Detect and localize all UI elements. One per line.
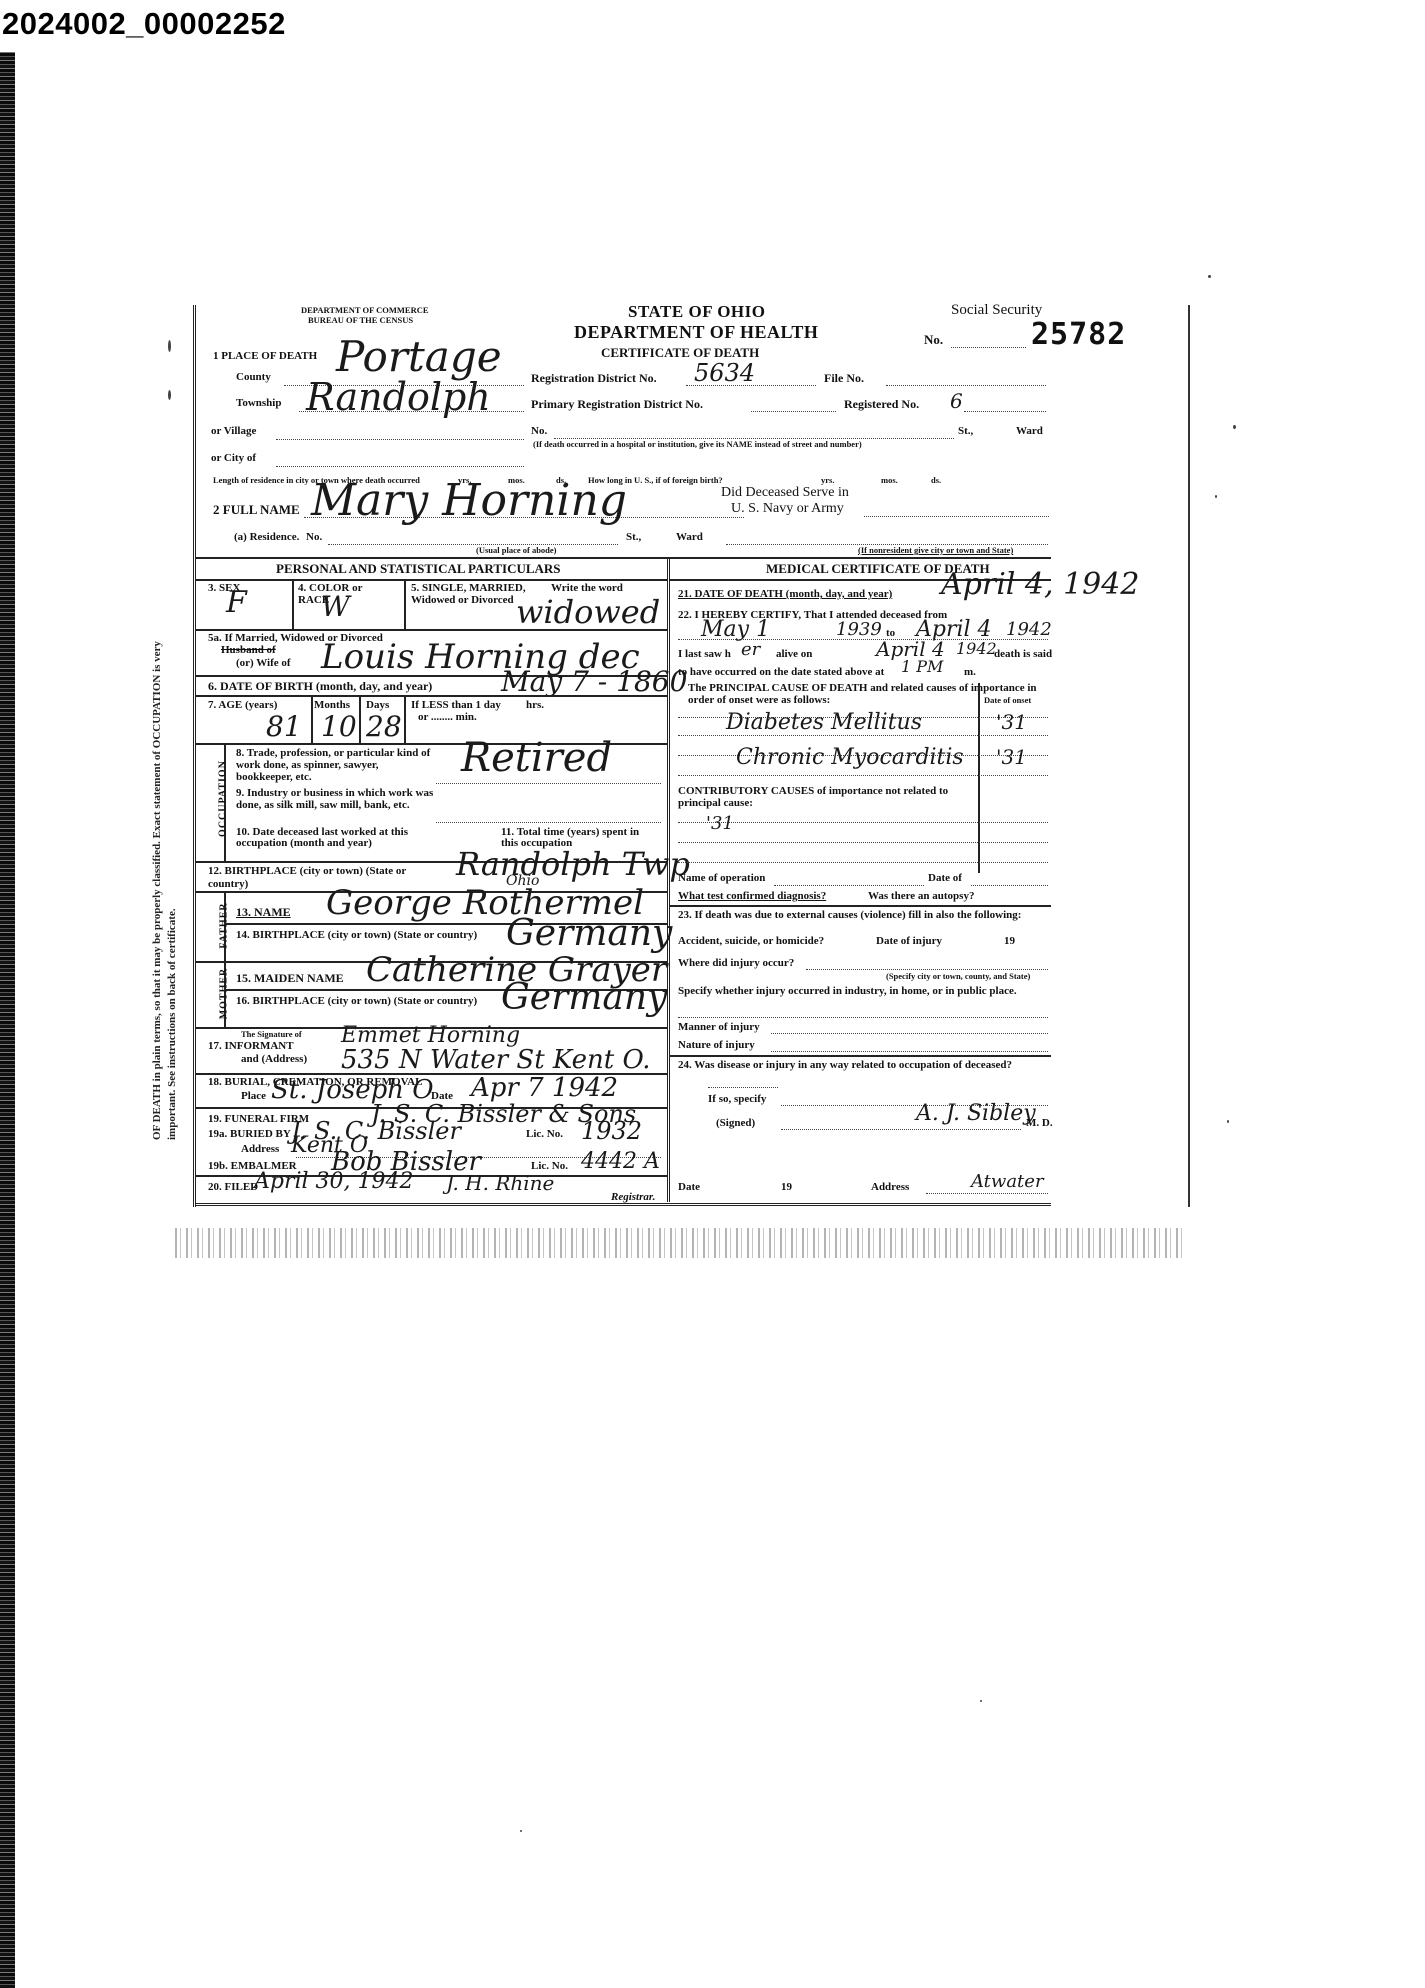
burial-date-value: Apr 7 1942 — [471, 1073, 618, 1103]
accident-label: Accident, suicide, or homicide? — [678, 935, 824, 947]
informant-label-2: 17. INFORMANT — [208, 1040, 294, 1052]
last-saw-label: I last saw h — [678, 648, 731, 660]
buried-lic-value: 1932 — [581, 1117, 642, 1145]
signed-label: (Signed) — [716, 1117, 755, 1129]
registrar-signature: J. H. Rhine — [446, 1171, 554, 1195]
scan-speck — [168, 340, 171, 352]
foreign-mos: mos. — [881, 475, 898, 485]
if-so-label: If so, specify — [708, 1093, 766, 1105]
nature-label: Nature of injury — [678, 1039, 755, 1051]
street-no-label: No. — [531, 425, 547, 437]
scan-speck — [1215, 495, 1217, 498]
residence-st-label: St., — [626, 531, 641, 543]
dob-value: May 7 - 1860 — [501, 665, 687, 698]
place-of-death-label: 1 PLACE OF DEATH — [213, 350, 317, 362]
file-no-label: File No. — [824, 371, 864, 386]
contributory-value: '31 — [706, 813, 734, 834]
mother-birthplace-value: Germany — [501, 977, 667, 1018]
onset-label: Date of onset — [984, 695, 1031, 705]
scan-speck — [1233, 425, 1236, 429]
occupation-related-label: 24. Was disease or injury in any way rel… — [678, 1059, 1012, 1071]
injury-date-label: Date of injury — [876, 935, 942, 947]
personal-section-title: PERSONAL AND STATISTICAL PARTICULARS — [276, 561, 561, 577]
physician-address-value: Atwater — [971, 1171, 1044, 1192]
specify-place-note: (Specify city or town, county, and State… — [886, 971, 1030, 981]
injury-year-label: 19 — [1004, 935, 1015, 947]
cert-no-label: No. — [924, 332, 943, 348]
primary-reg-label: Primary Registration District No. — [531, 397, 703, 412]
county-label: County — [236, 371, 271, 383]
last-saw-her: er — [741, 639, 760, 660]
physician-date-year: 19 — [781, 1181, 792, 1193]
department-title: DEPARTMENT OF HEALTH — [574, 322, 818, 343]
burial-address-label: Address — [241, 1143, 279, 1155]
buried-lic-label: Lic. No. — [526, 1128, 563, 1140]
marital-value: widowed — [516, 593, 660, 631]
certificate-number: 25782 — [1031, 317, 1126, 352]
federal-line-2: BUREAU OF THE CENSUS — [308, 315, 413, 325]
navy-army-label-1: Did Deceased Serve in — [721, 485, 849, 501]
street-ward-label: Ward — [1016, 425, 1043, 437]
father-name-label: 13. NAME — [236, 905, 291, 920]
social-security-label: Social Security — [951, 302, 1042, 319]
hospital-note: (If death occurred in a hospital or inst… — [533, 439, 862, 449]
mother-birthplace-label: 16. BIRTHPLACE (city or town) (State or … — [236, 995, 486, 1008]
township-label: Township — [236, 397, 281, 409]
maiden-name-label: 15. MAIDEN NAME — [236, 971, 344, 986]
color-value: W — [321, 590, 350, 623]
informant-address-value: 535 N Water St Kent O. — [341, 1045, 651, 1075]
md-label: M. D. — [1026, 1117, 1053, 1129]
physician-address-label: Address — [871, 1181, 909, 1193]
margin-line-2: important. See instructions on back of c… — [165, 641, 180, 1140]
time-of-death-value: 1 PM — [901, 657, 943, 676]
document-id: 2024002_00002252 — [2, 6, 286, 42]
federal-line-1: DEPARTMENT OF COMMERCE — [301, 305, 429, 315]
age-years-value: 81 — [266, 710, 302, 743]
operation-date-label: Date of — [928, 872, 962, 884]
village-label: or Village — [211, 425, 256, 437]
date-of-death-label: 21. DATE OF DEATH (month, day, and year) — [678, 588, 892, 600]
industry-label: 9. Industry or business in which work wa… — [236, 787, 436, 811]
physician-signature: A. J. Sibley — [916, 1101, 1036, 1126]
margin-line-1: OF DEATH in plain terms, so that it may … — [150, 641, 165, 1140]
alive-on-year: 1942 — [956, 639, 997, 658]
city-label: or City of — [211, 452, 256, 464]
cause-2-value: Chronic Myocarditis — [736, 745, 964, 770]
residence-no-label: No. — [306, 531, 322, 543]
trade-value: Retired — [461, 735, 612, 781]
alive-on-label: alive on — [776, 648, 812, 660]
foreign-ds: ds. — [931, 475, 941, 485]
registrar-label: Registrar. — [611, 1191, 655, 1203]
mother-section-label: MOTHER — [219, 954, 230, 1034]
sex-value: F — [226, 585, 247, 620]
reg-district-label: Registration District No. — [531, 371, 657, 386]
scan-edge-strip — [0, 52, 15, 1988]
margin-instructions: OF DEATH in plain terms, so that it may … — [150, 641, 180, 1140]
filed-value: April 30, 1942 — [254, 1169, 414, 1194]
industry-note: Specify whether injury occurred in indus… — [678, 985, 1017, 997]
buried-by-label: 19a. BURIED BY — [208, 1128, 291, 1140]
occupation-section-label: OCCUPATION — [218, 754, 229, 844]
informant-label-1: The Signature of — [241, 1029, 302, 1039]
abode-note: (Usual place of abode) — [476, 545, 557, 555]
physician-date-label: Date — [678, 1181, 700, 1193]
state-title: STATE OF OHIO — [628, 302, 766, 322]
birthplace-value: Randolph Twp — [456, 845, 690, 883]
age-days-value: 28 — [366, 710, 402, 743]
burial-place-label: Place — [241, 1090, 266, 1102]
attended-from-year: 1939 — [836, 619, 882, 640]
residence-label: (a) Residence. — [234, 531, 299, 543]
autopsy-label: Was there an autopsy? — [868, 890, 974, 902]
scan-speck — [980, 1700, 982, 1702]
date-of-death-value: April 4, 1942 — [941, 567, 1139, 602]
dob-label: 6. DATE OF BIRTH (month, day, and year) — [208, 679, 432, 694]
father-birthplace-label: 14. BIRTHPLACE (city or town) (State or … — [236, 929, 486, 942]
external-causes-label: 23. If death was due to external causes … — [678, 909, 1048, 921]
registered-no-value: 6 — [950, 389, 963, 413]
time-m-label: m. — [964, 666, 976, 678]
age-months-value: 10 — [321, 710, 357, 743]
hrs-label: hrs. — [526, 699, 544, 711]
trade-label: 8. Trade, profession, or particular kind… — [236, 747, 436, 783]
less-than-day-label: If LESS than 1 day — [411, 699, 501, 711]
contributory-label: CONTRIBUTORY CAUSES of importance not re… — [678, 785, 978, 809]
township-value: Randolph — [306, 375, 491, 419]
spouse-label-2: Husband of — [221, 644, 276, 656]
diagnosis-label: What test confirmed diagnosis? — [678, 890, 826, 902]
scan-speck — [520, 1830, 522, 1832]
county-value: Portage — [336, 332, 502, 381]
informant-label-3: and (Address) — [241, 1053, 307, 1065]
scan-speck — [1227, 1120, 1229, 1123]
navy-army-label-2: U. S. Navy or Army — [731, 501, 844, 517]
attended-to-year: 1942 — [1006, 619, 1052, 640]
full-name-value: Mary Horning — [311, 475, 627, 526]
occurred-label: to have occurred on the date stated abov… — [678, 666, 884, 678]
manner-label: Manner of injury — [678, 1021, 760, 1033]
full-name-label: 2 FULL NAME — [213, 502, 300, 518]
death-certificate: DEPARTMENT OF COMMERCE BUREAU OF THE CEN… — [193, 305, 1190, 1207]
residence-ward-label: Ward — [676, 531, 703, 543]
scan-noise-band — [175, 1228, 1185, 1258]
spouse-label-3: (or) Wife of — [236, 657, 291, 669]
operation-label: Name of operation — [678, 872, 765, 884]
cause-1-onset: '31 — [996, 710, 1027, 734]
scan-speck — [1208, 275, 1211, 278]
scan-speck — [168, 390, 171, 400]
where-injury-label: Where did injury occur? — [678, 957, 794, 969]
min-label: or ........ min. — [418, 711, 477, 723]
cause-1-value: Diabetes Mellitus — [726, 710, 922, 735]
reg-district-value: 5634 — [694, 359, 755, 387]
street-st-label: St., — [958, 425, 973, 437]
cause-2-onset: '31 — [996, 745, 1027, 769]
registered-no-label: Registered No. — [844, 397, 919, 412]
death-said-label: death is said — [994, 648, 1052, 660]
nonresident-note: (If nonresident give city or town and St… — [858, 545, 1013, 555]
foreign-yrs: yrs. — [821, 475, 834, 485]
embalmer-lic-value: 4442 A — [581, 1149, 660, 1174]
filed-label: 20. FILED — [208, 1181, 258, 1193]
father-birthplace-value: Germany — [506, 913, 672, 954]
last-worked-label: 10. Date deceased last worked at this oc… — [236, 827, 436, 849]
